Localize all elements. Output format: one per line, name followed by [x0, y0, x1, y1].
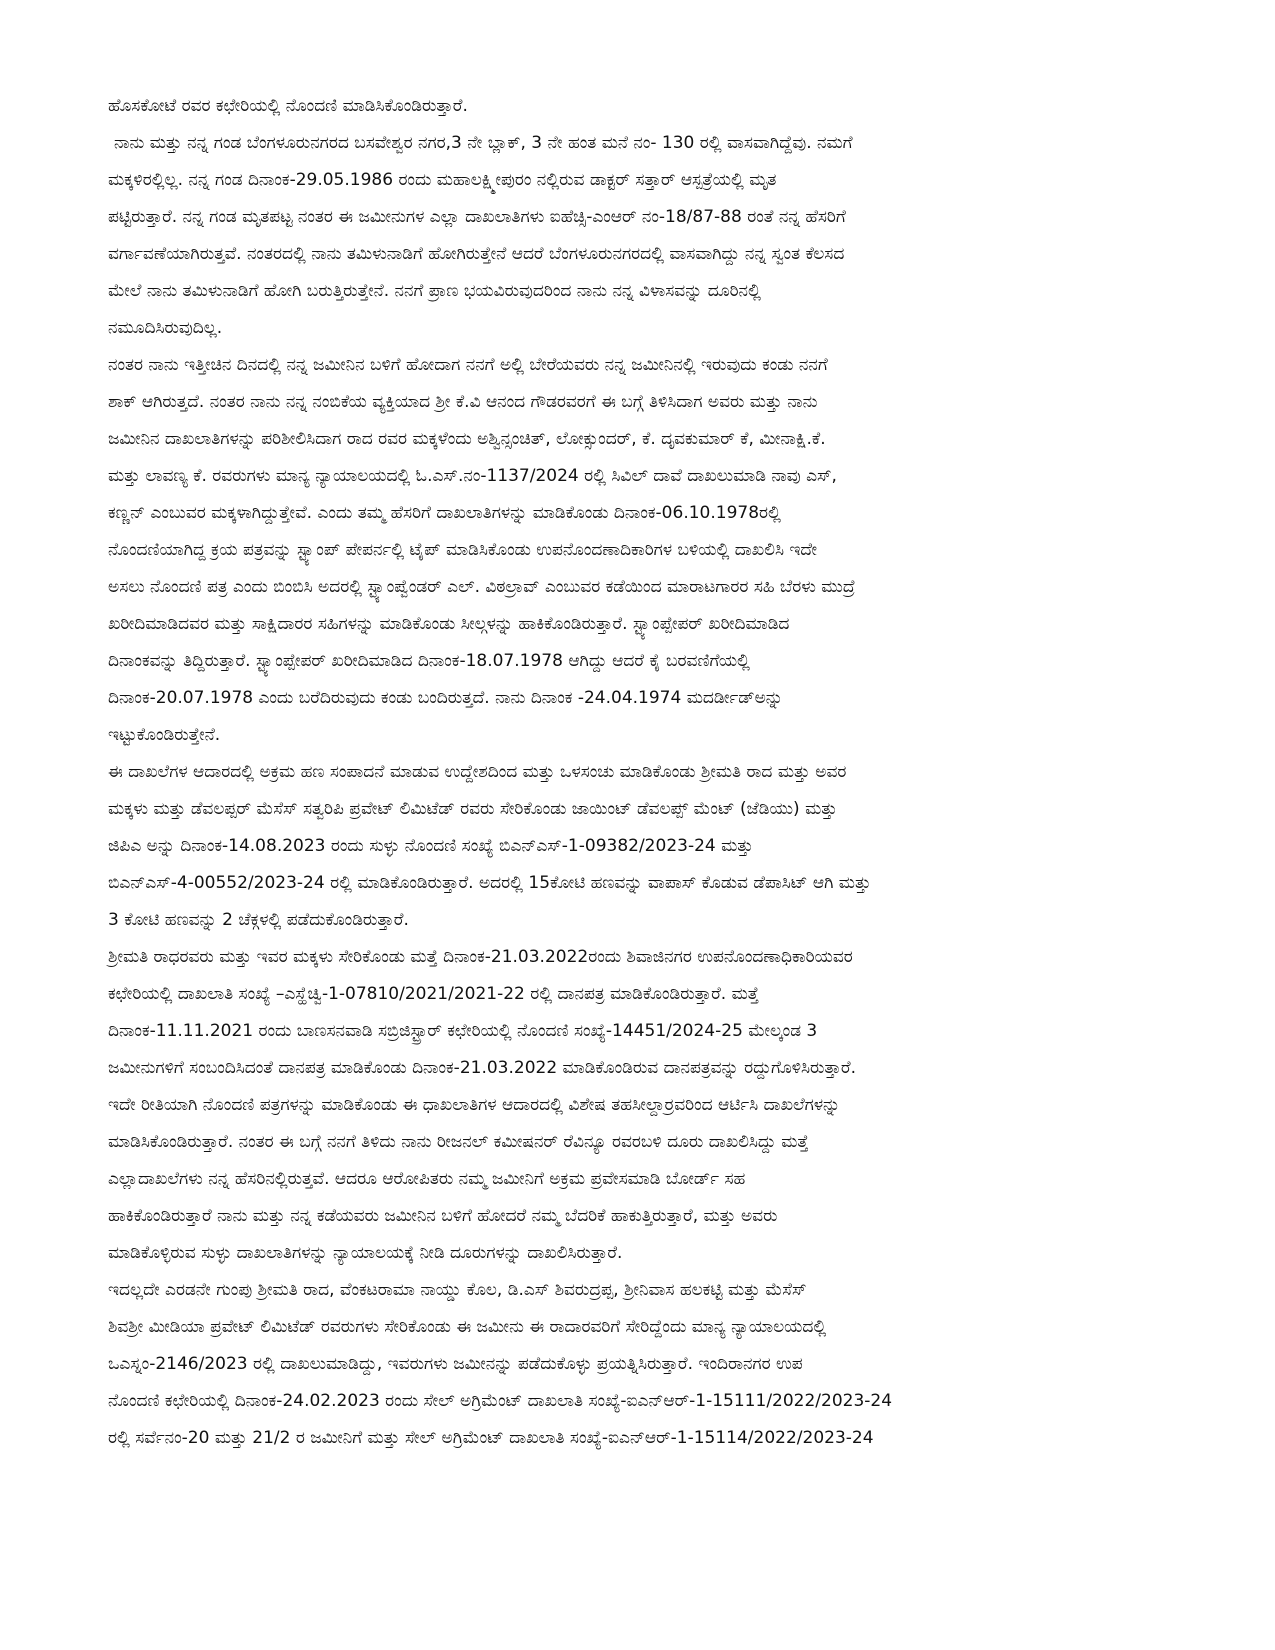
text-line: ದಿನಾಂಕ-11.11.2021 ರಂದು ಬಾಣಸನವಾಡಿ ಸಬ್ರಿಜಿ…	[108, 1013, 1178, 1050]
text-line: ಈ ದಾಖಲೆಗಳ ಆದಾರದಲ್ಲಿ ಅಕ್ರಮ ಹಣ ಸಂಪಾದನೆ ಮಾಡ…	[108, 754, 1178, 791]
text-line: ಶಿವಶ್ರೀ ಮೀಡಿಯಾ ಪ್ರವೇಟ್ ಲಿಮಿಟೆಡ್ ರವರುಗಳು …	[108, 1309, 1178, 1346]
text-line: ಕಣ್ಣನ್ ಎಂಬುವರ ಮಕ್ಕಳಾಗಿದ್ದುತ್ತೇವೆ. ಎಂದು ತ…	[108, 495, 1178, 532]
paragraph-1: ಹೊಸಕೋಟೆ ರವರ ಕಛೇರಿಯಲ್ಲಿ ನೊಂದಣಿ ಮಾಡಿಸಿಕೊಂಡ…	[108, 88, 1178, 125]
text-line: ಇದೇ ರೀತಿಯಾಗಿ ನೊಂದಣಿ ಪತ್ರಗಳನ್ನು ಮಾಡಿಕೊಂಡು…	[108, 1087, 1178, 1124]
text-line: ಮಕ್ಕಳು ಮತ್ತು ಡೆವಲಪ್ಪರ್ ಮೆಸೆಸ್ ಸತ್ವರಿಪಿ ಪ…	[108, 791, 1178, 828]
text-line: ಖರೀದಿಮಾಡಿದವರ ಮತ್ತು ಸಾಕ್ಷಿದಾರರ ಸಹಿಗಳನ್ನು …	[108, 606, 1178, 643]
text-line: ಜಮೀನುಗಳಿಗೆ ಸಂಬಂದಿಸಿದಂತೆ ದಾನಪತ್ರ ಮಾಡಿಕೊಂಡ…	[108, 1050, 1178, 1087]
text-line: ನಂತರ ನಾನು ಇತ್ತೀಚಿನ ದಿನದಲ್ಲಿ ನನ್ನ ಜಮೀನಿನ …	[108, 347, 1178, 384]
text-line: ಜಮೀನಿನ ದಾಖಲಾತಿಗಳನ್ನು ಪರಿಶೀಲಿಸಿದಾಗ ರಾದ ರವ…	[108, 421, 1178, 458]
text-line: ಇದಲ್ಲದೇ ಎರಡನೇ ಗುಂಪು ಶ್ರೀಮತಿ ರಾದ, ವೆಂಕಟರಾ…	[108, 1272, 1178, 1309]
text-line: ಅಸಲು ನೊಂದಣಿ ಪತ್ರ ಎಂದು ಬಿಂಬಿಸಿ ಅದರಲ್ಲಿ ಸ್…	[108, 569, 1178, 606]
paragraph-2: ನಾನು ಮತ್ತು ನನ್ನ ಗಂಡ ಬೆಂಗಳೂರುನಗರದ ಬಸವೇಶ್ವ…	[108, 125, 1178, 347]
paragraph-6: ಇದಲ್ಲದೇ ಎರಡನೇ ಗುಂಪು ಶ್ರೀಮತಿ ರಾದ, ವೆಂಕಟರಾ…	[108, 1272, 1178, 1457]
text-line: ಜಿಪಿಎ ಅನ್ನು ದಿನಾಂಕ-14.08.2023 ರಂದು ಸುಳ್ಳ…	[108, 828, 1178, 865]
text-line: ಮತ್ತು ಲಾವಣ್ಯ ಕೆ. ರವರುಗಳು ಮಾನ್ಯ ನ್ಯಾಯಾಲಯದ…	[108, 458, 1178, 495]
text-line: ಬಿಎನ್ಎಸ್-4-00552/2023-24 ರಲ್ಲಿ ಮಾಡಿಕೊಂಡಿ…	[108, 865, 1178, 902]
text-line: ನೊಂದಣಿಯಾಗಿದ್ದ ಕ್ರಯ ಪತ್ರವನ್ನು ಸ್ಟ್ಯಾಂಪ್ ಪ…	[108, 532, 1178, 569]
text-line: ಹಾಕಿಕೊಂಡಿರುತ್ತಾರೆ ನಾನು ಮತ್ತು ನನ್ನ ಕಡೆಯವರ…	[108, 1198, 1178, 1235]
text-line: ದಿನಾಂಕ-20.07.1978 ಎಂದು ಬರೆದಿರುವುದು ಕಂಡು …	[108, 680, 1178, 717]
text-line: ಕಛೇರಿಯಲ್ಲಿ ದಾಖಲಾತಿ ಸಂಖ್ಯೆ –ಎಸ್ಹೆಚ್ವಿ-1-0…	[108, 976, 1178, 1013]
text-line: ಮಕ್ಕಳಿರಲ್ಲಿಲ್ಲ. ನನ್ನ ಗಂಡ ದಿನಾಂಕ-29.05.19…	[108, 162, 1178, 199]
text-line: ನಮೂದಿಸಿರುವುದಿಲ್ಲ.	[108, 310, 1178, 347]
paragraph-5: ಶ್ರೀಮತಿ ರಾಧರವರು ಮತ್ತು ಇವರ ಮಕ್ಕಳು ಸೇರಿಕೊಂ…	[108, 939, 1178, 1272]
paragraph-3: ನಂತರ ನಾನು ಇತ್ತೀಚಿನ ದಿನದಲ್ಲಿ ನನ್ನ ಜಮೀನಿನ …	[108, 347, 1178, 754]
text-line: ಮಾಡಿಸಿಕೊಂಡಿರುತ್ತಾರೆ. ನಂತರ ಈ ಬಗ್ಗೆ ನನಗೆ ತ…	[108, 1124, 1178, 1161]
document-page: ಹೊಸಕೋಟೆ ರವರ ಕಛೇರಿಯಲ್ಲಿ ನೊಂದಣಿ ಮಾಡಿಸಿಕೊಂಡ…	[108, 88, 1178, 1457]
text-line: ಪಟ್ಟಿರುತ್ತಾರೆ. ನನ್ನ ಗಂಡ ಮೃತಪಟ್ಟ ನಂತರ ಈ ಜ…	[108, 199, 1178, 236]
text-line: ನಾನು ಮತ್ತು ನನ್ನ ಗಂಡ ಬೆಂಗಳೂರುನಗರದ ಬಸವೇಶ್ವ…	[108, 125, 1178, 162]
text-line: ಮೇಲೆ ನಾನು ತಮಿಳುನಾಡಿಗೆ ಹೋಗಿ ಬರುತ್ತಿರುತ್ತೇ…	[108, 273, 1178, 310]
text-line: ರಲ್ಲಿ ಸರ್ವೆನಂ-20 ಮತ್ತು 21/2 ರ ಜಮೀನಿಗೆ ಮತ…	[108, 1420, 1178, 1457]
text-line: ವರ್ಗಾವಣೆಯಾಗಿರುತ್ತವೆ. ನಂತರದಲ್ಲಿ ನಾನು ತಮಿಳ…	[108, 236, 1178, 273]
text-line: ನೊಂದಣಿ ಕಛೇರಿಯಲ್ಲಿ ದಿನಾಂಕ-24.02.2023 ರಂದು…	[108, 1383, 1178, 1420]
text-line: ಇಟ್ಟುಕೊಂಡಿರುತ್ತೇನೆ.	[108, 717, 1178, 754]
text-line: ಒಎಸ್ನಂ-2146/2023 ರಲ್ಲಿ ದಾಖಲುಮಾಡಿದ್ದು, ಇವ…	[108, 1346, 1178, 1383]
text-line: ಹೊಸಕೋಟೆ ರವರ ಕಛೇರಿಯಲ್ಲಿ ನೊಂದಣಿ ಮಾಡಿಸಿಕೊಂಡ…	[108, 88, 1178, 125]
text-line: ಶಾಕ್ ಆಗಿರುತ್ತದೆ. ನಂತರ ನಾನು ನನ್ನ ನಂಬಿಕೆಯ …	[108, 384, 1178, 421]
paragraph-4: ಈ ದಾಖಲೆಗಳ ಆದಾರದಲ್ಲಿ ಅಕ್ರಮ ಹಣ ಸಂಪಾದನೆ ಮಾಡ…	[108, 754, 1178, 939]
text-line: ಎಲ್ಲಾದಾಖಲೆಗಳು ನನ್ನ ಹೆಸರಿನಲ್ಲಿರುತ್ತವೆ. ಆದ…	[108, 1161, 1178, 1198]
text-line: ಶ್ರೀಮತಿ ರಾಧರವರು ಮತ್ತು ಇವರ ಮಕ್ಕಳು ಸೇರಿಕೊಂ…	[108, 939, 1178, 976]
text-line: ಮಾಡಿಕೊಳ್ಳಿರುವ ಸುಳ್ಳು ದಾಖಲಾತಿಗಳನ್ನು ನ್ಯಾಯ…	[108, 1235, 1178, 1272]
text-line: 3 ಕೋಟಿ ಹಣವನ್ನು 2 ಚೆಕ್ಗಳಲ್ಲಿ ಪಡೆದುಕೊಂಡಿರು…	[108, 902, 1178, 939]
text-line: ದಿನಾಂಕವನ್ನು ತಿದ್ದಿರುತ್ತಾರೆ. ಸ್ಟ್ಯಾಂಪ್ಪೇಪ…	[108, 643, 1178, 680]
